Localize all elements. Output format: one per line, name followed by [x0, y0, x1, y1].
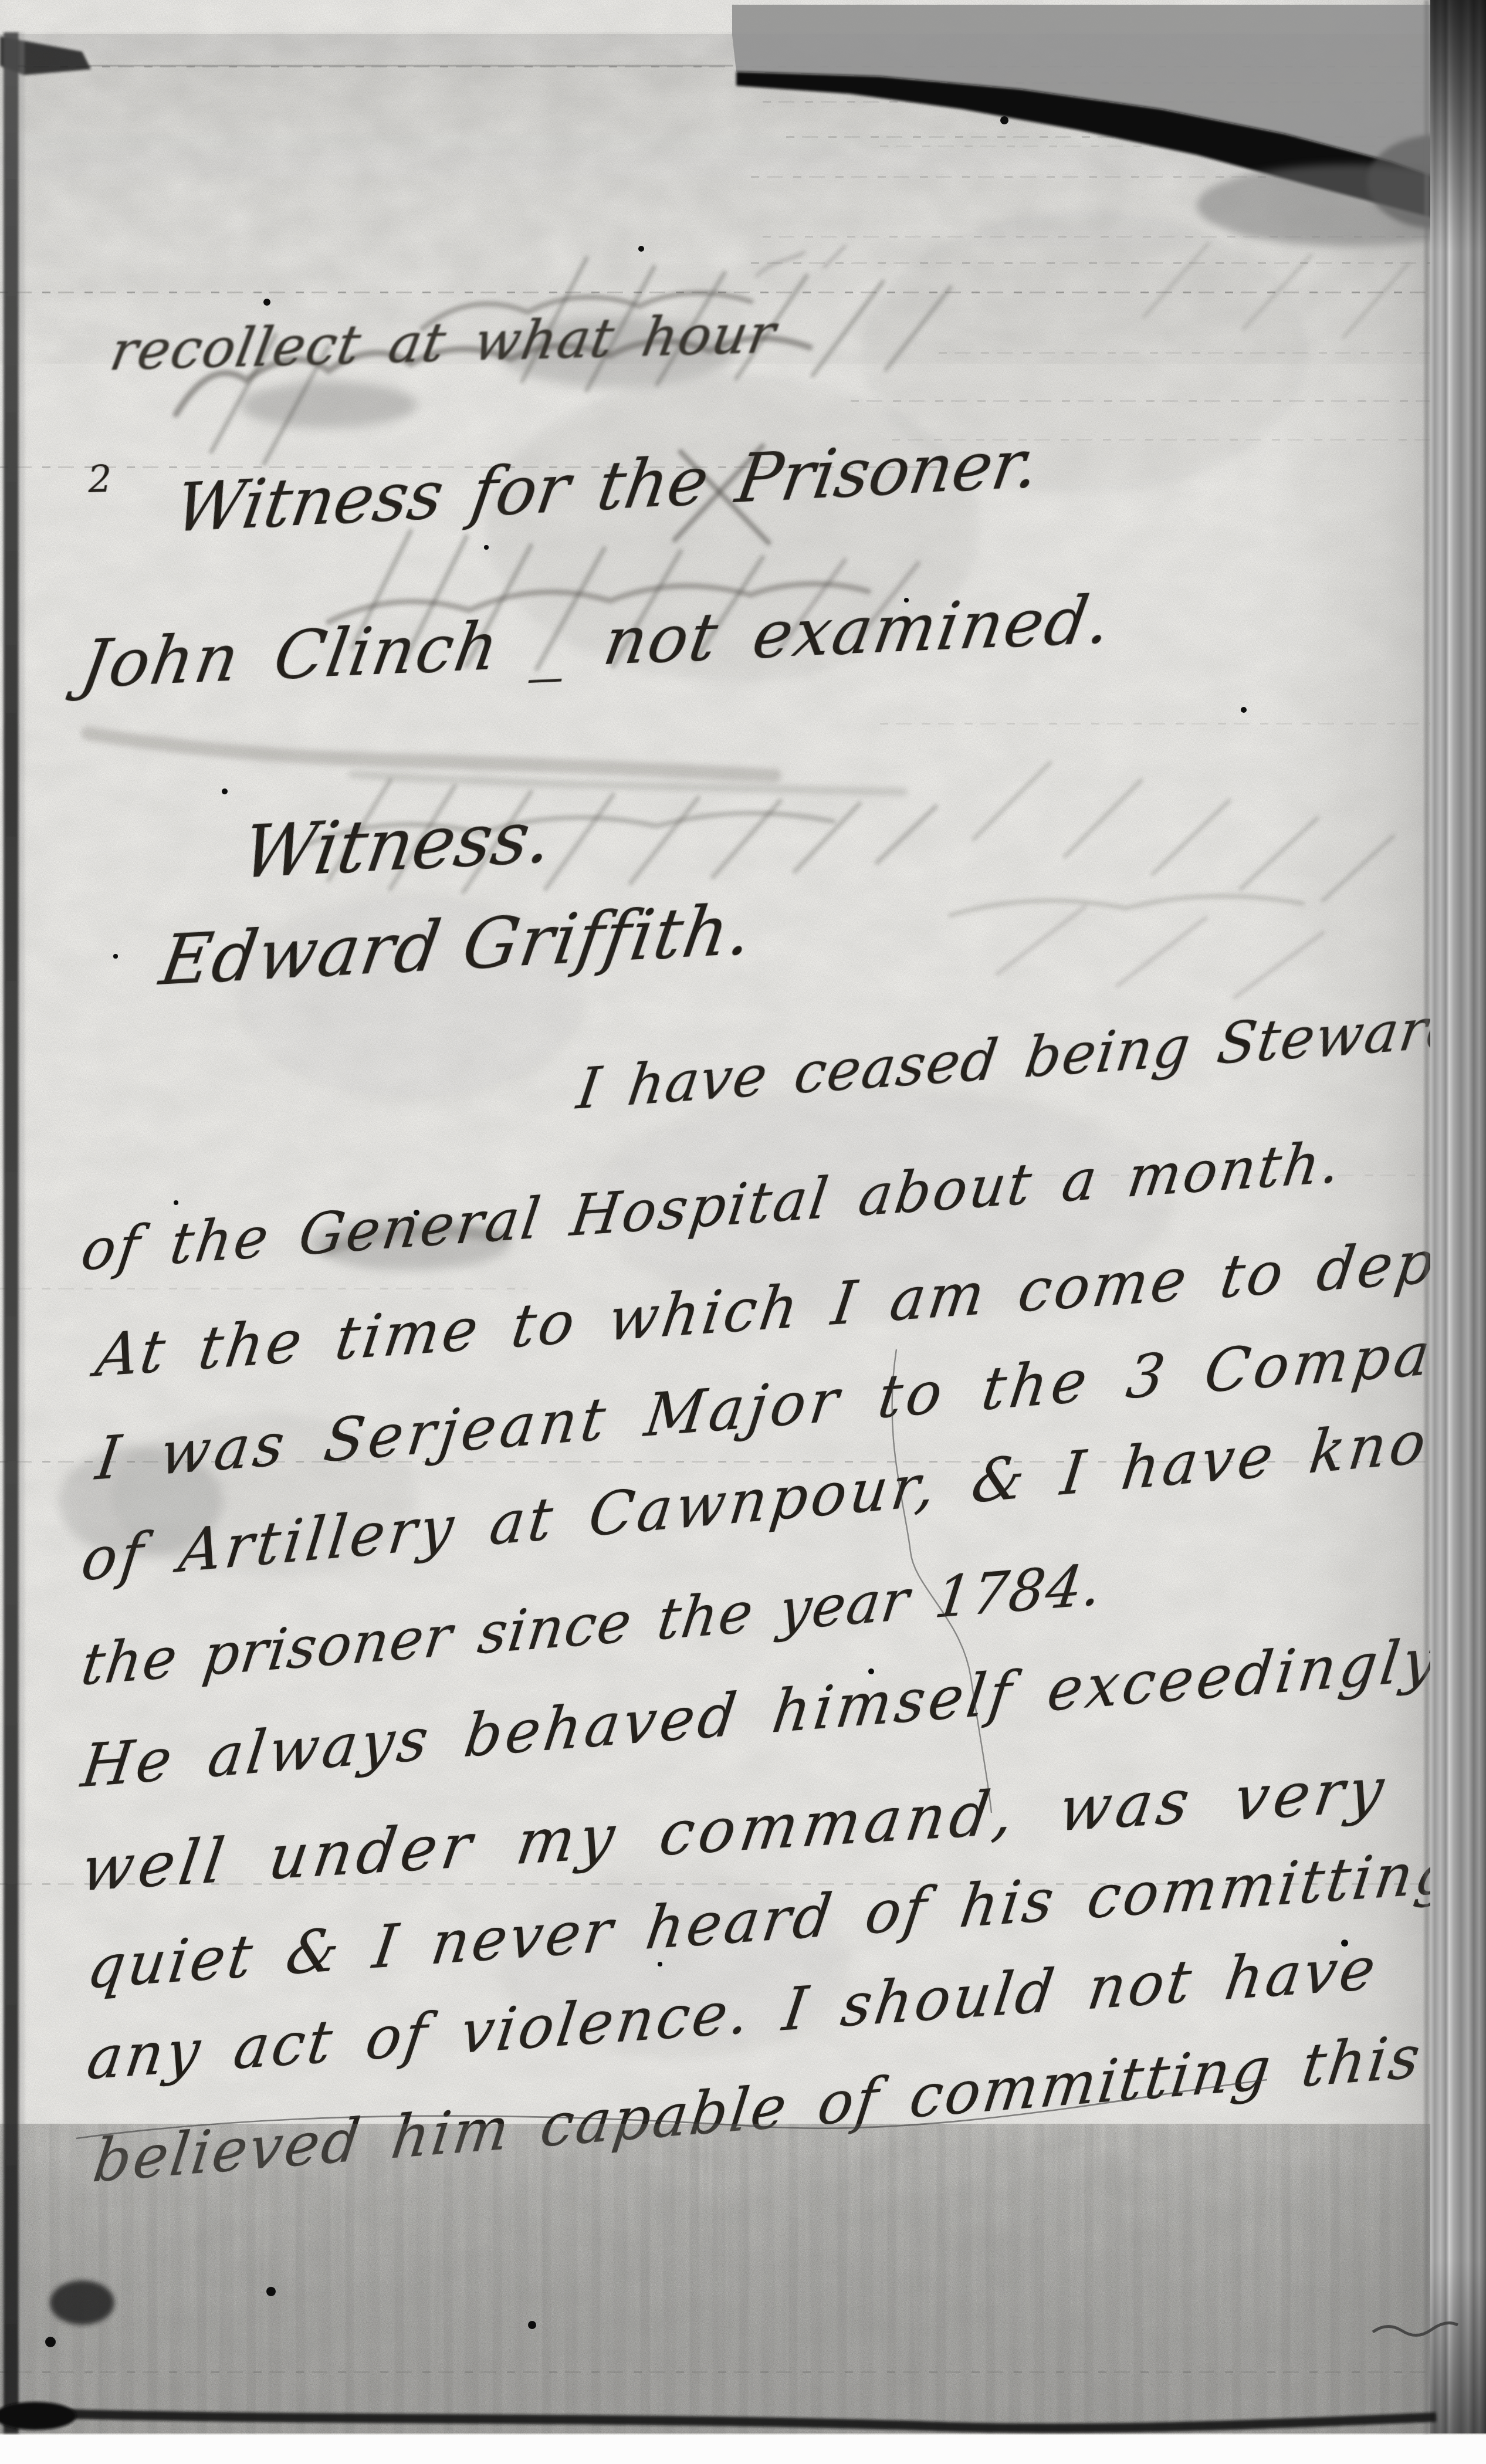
left-page-edge — [4, 32, 19, 2433]
bottom-streak-texture — [0, 2124, 1486, 2433]
scanner-strip-bottom — [0, 2435, 1486, 2464]
witness-for-prisoner-heading: Witness for the Prisoner. — [170, 424, 1044, 547]
left-edge-soft — [19, 32, 25, 2433]
witness-name-edward-griffith: Edward Griffith. — [155, 889, 759, 1001]
witness-john-clinch-line: John Clinch _ not examined. — [76, 581, 1118, 703]
marginal-mark: 2 — [87, 458, 113, 502]
top-scan-shade — [0, 34, 1486, 351]
gutter-curve-shadow — [1267, 0, 1431, 2433]
manuscript-page: recollect at what hour 2 Witness for the… — [0, 0, 1486, 2464]
bleedthrough-smear — [88, 733, 903, 792]
scan-dotted-line — [0, 1288, 528, 1289]
binding-gutter — [1430, 0, 1486, 2433]
witness-label: Witness. — [237, 794, 558, 895]
